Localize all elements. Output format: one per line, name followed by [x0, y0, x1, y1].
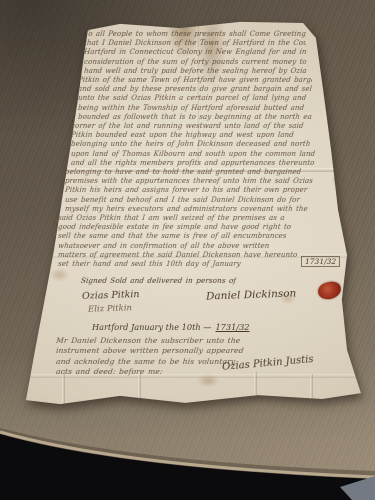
deed-text-line: unto the said Ozias Pitkin a certain par…	[78, 94, 313, 103]
deed-text-line: To all People to whom these presents sha…	[84, 30, 307, 39]
deed-text-line: corner of the lot and running westward u…	[71, 122, 320, 131]
acknowledgment-line: instrument above written personally appe…	[55, 346, 286, 356]
acknowledgment-line: Mr Daniel Dickenson the subscriber unto …	[55, 336, 286, 346]
deed-text-line: set their hand and seal this 10th day of…	[58, 260, 334, 269]
deed-text-line: Pitkin his heirs and assigns forever to …	[65, 186, 327, 195]
deed-text-line: bounded as followeth that is to say begi…	[78, 113, 313, 122]
red-wax-seal	[317, 280, 342, 300]
deed-text-line: belonging to have and to hold the said g…	[65, 168, 327, 177]
table-edge-and-floor	[0, 410, 375, 500]
deed-text-line: said Ozias Pitkin that I am well seized …	[58, 214, 334, 223]
deed-body-text: To all People to whom these presents sha…	[54, 30, 336, 269]
photo-scene: To all People to whom these presents sha…	[0, 0, 375, 500]
vertical-fold-crease	[310, 374, 313, 406]
deed-text-line: belonging unto the heirs of John Dickins…	[71, 140, 320, 149]
deed-text-line: use benefit and behoof and I the said Da…	[65, 196, 327, 205]
boxed-date: 1731/32	[301, 256, 340, 267]
deed-text-line: myself my heirs executors and administra…	[65, 205, 327, 214]
deed-text-line: sell the same and that the same is free …	[58, 232, 334, 241]
deed-text-line: matters of agreement the said Daniel Dic…	[58, 251, 334, 260]
deed-text-line: upon land of Thomas Kilbourn and south u…	[71, 150, 320, 159]
deed-text-line: being within the Township of Hartford af…	[78, 104, 313, 113]
acknowledgment-place-date: Hartford January the 10th —1731/32	[92, 322, 249, 332]
manuscript-page: To all People to whom these presents sha…	[18, 16, 364, 408]
grantor-signature: Daniel Dickinson	[206, 287, 297, 302]
place-date-text: Hartford January the 10th —	[92, 322, 211, 332]
deed-text-line: Hartford in Connecticut Colony in New En…	[84, 48, 307, 57]
attestation-line: Signed Sold and delivered in persons of	[81, 276, 237, 285]
acknowledgment-date: 1731/32	[215, 322, 249, 332]
vertical-fold-crease	[138, 374, 141, 408]
deed-text-line: whatsoever and in confirmation of all th…	[58, 242, 334, 251]
deed-text-line: consideration of the sum of forty pounds…	[84, 58, 307, 67]
deed-text-line: hand well and truly paid before the seal…	[84, 67, 307, 76]
acknowledgment-text: Mr Daniel Dickenson the subscriber unto …	[56, 336, 286, 378]
deed-text-line: and all the rights members profits and a…	[71, 159, 320, 168]
paper-sheet: To all People to whom these presents sha…	[18, 16, 364, 408]
witness-signature: Eliz Pitkin	[88, 303, 132, 315]
witness-signature: Ozias Pitkin	[82, 289, 140, 302]
deed-text-line: Pitkin of the same Town of Hartford have…	[78, 76, 313, 85]
